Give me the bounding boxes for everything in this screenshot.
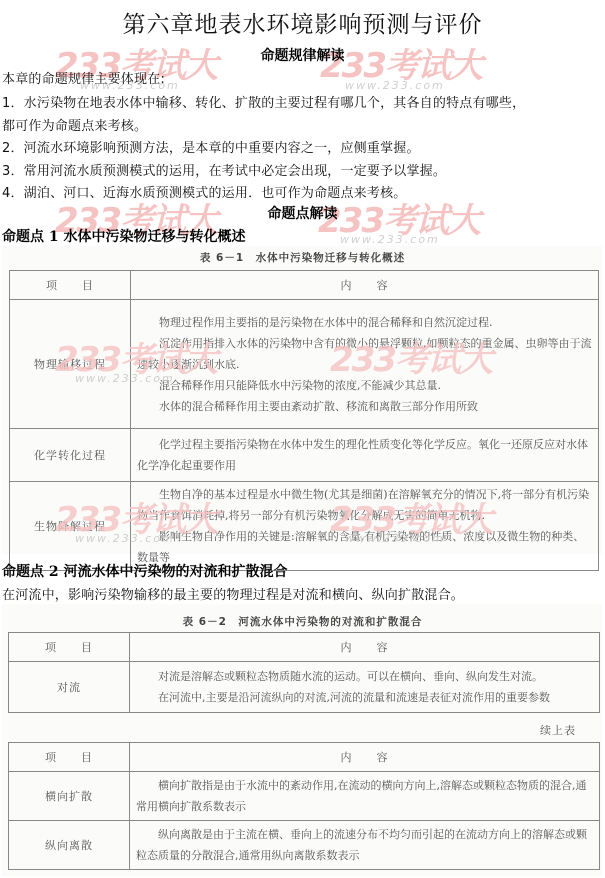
continued-label: 续上表 [540,722,576,738]
watermark-logo: 233考试大 [330,332,491,381]
table-row: 对流 对流是溶解态或颗粒态物质随水流的运动。可以在横向、垂向、纵向发生对流。 在… [9,662,600,713]
table-6-2-caption: 表 6－2 河流水体中污染物的对流和扩散混合 [0,614,605,629]
point-1-heading: 命题点 1 水体中污染物迁移与转化概述 [2,226,246,246]
rules-item-1: 1．水污染物在地表水体中输移、转化、扩散的主要过程有哪几个，其各自的特点有哪些， [2,92,525,111]
point-2-intro: 在河流中，影响污染物输移的最主要的物理过程是对流和横向、纵向扩散混合。 [2,584,464,603]
section-heading-rules: 命题规律解读 [0,45,605,65]
table-header-item: 项 目 [9,743,130,772]
watermark-url: www.233.com [345,79,445,92]
table-cell-item: 纵向离散 [9,821,130,870]
rules-item-4: 4．湖泊、河口、近海水质预测模式的运用．也可作为命题点来考核。 [2,182,406,201]
rules-item-1-cont: 都可作为命题点来考核。 [2,115,147,134]
table-header-content: 内 容 [130,743,600,772]
table-6-2-continued: 项 目 内 容 横向扩散 横向扩散指是由于水流中的紊动作用,在流动的横向方向上,… [8,742,600,870]
page-title: 第六章地表水环境影响预测与评价 [0,6,605,39]
table-header-item: 项 目 [10,271,131,300]
section-heading-points: 命题点解读 [0,203,605,223]
table-cell-item: 对流 [9,662,130,713]
table-header-item: 项 目 [9,633,130,662]
table-cell-text: 化学过程主要指污染物在水体中发生的理化性质变化等化学反应。氧化一还原反应对水体化… [137,434,592,476]
table-row: 横向扩散 横向扩散指是由于水流中的紊动作用,在流动的横向方向上,溶解态或颗粒态物… [9,772,600,821]
watermark-url: www.233.com [75,372,175,385]
watermark-url: www.233.com [75,532,175,545]
table-cell-text: 对流是溶解态或颗粒态物质随水流的运动。可以在横向、垂向、纵向发生对流。 [136,666,593,687]
rules-intro: 本章的命题规律主要体现在: [2,68,165,87]
rules-item-3: 3．常用河流水质预测模式的运用，在考试中必定会出现，一定要予以掌握。 [2,160,446,179]
table-cell-text: 在河流中,主要是沿河流纵向的对流,河流的流量和流速是表征对流作用的重要参数 [136,687,593,708]
table-row: 化学转化过程 化学过程主要指污染物在水体中发生的理化性质变化等化学反应。氧化一还… [10,429,599,482]
point-2-heading: 命题点 2 河流水体中污染物的对流和扩散混合 [2,561,288,581]
rules-item-2: 2．河流水环境影响预测方法，是本章的中重要内容之一，应侧重掌握。 [2,137,420,156]
table-cell-text: 纵向离散是由于主流在横、垂向上的流速分布不均匀而引起的在流动方向上的溶解态或颗粒… [136,824,593,866]
table-6-2: 项 目 内 容 对流 对流是溶解态或颗粒态物质随水流的运动。可以在横向、垂向、纵… [8,632,600,713]
table-cell-item: 横向扩散 [9,772,130,821]
watermark-url: www.233.com [340,233,440,246]
table-cell-text: 水体的混合稀释作用主要由紊动扩散、移流和离散三部分作用所致 [137,396,592,417]
table-6-1-caption: 表 6－1 水体中污染物迁移与转化概述 [0,250,605,265]
table-cell-text: 物理过程作用主要指的是污染物在水体中的混合稀释和自然沉淀过程. [137,312,592,333]
table-cell-text: 横向扩散指是由于水流中的紊动作用,在流动的横向方向上,溶解态或颗粒态物质的混合,… [136,775,593,817]
table-header-content: 内 容 [130,633,600,662]
table-header-content: 内 容 [131,271,599,300]
watermark-url: www.233.com [345,532,445,545]
table-row: 纵向离散 纵向离散是由于主流在横、垂向上的流速分布不均匀而引起的在流动方向上的溶… [9,821,600,870]
table-cell-item: 化学转化过程 [10,429,131,482]
